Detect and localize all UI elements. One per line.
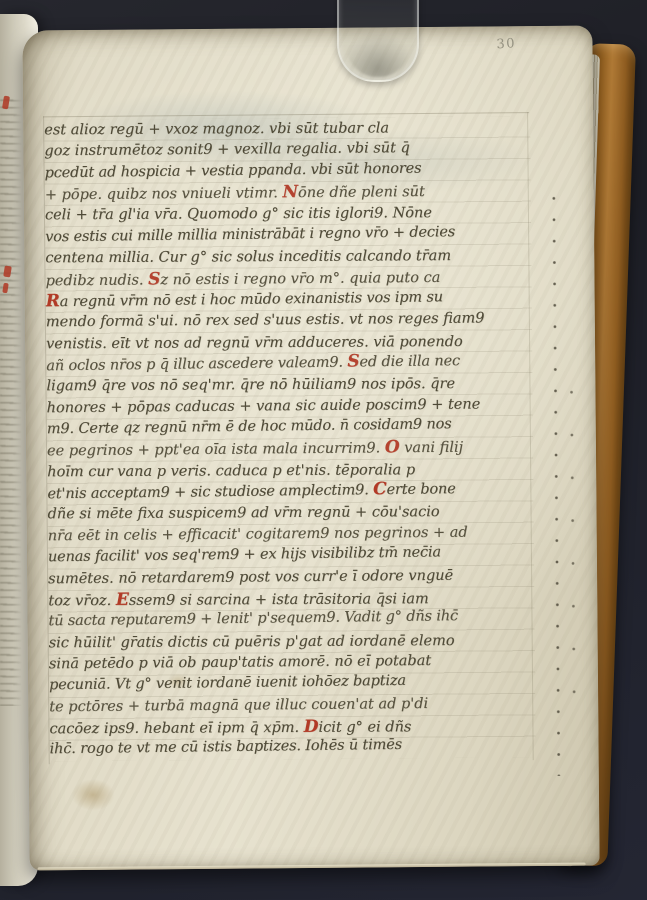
manuscript-line: est alioz regū + vxoz magnoz. vbi sūt tu…	[44, 118, 530, 142]
rubricated-initial: R	[46, 291, 60, 311]
manuscript-line: ihc̄. rogo te vt me cū istis baptizes. I…	[49, 734, 535, 761]
page-bottom-edge	[38, 863, 586, 871]
rubricated-initial: C	[373, 479, 387, 499]
manuscript-line: te pctōres + turbā magnā que illuc couen…	[49, 693, 535, 719]
folio-number: 30	[496, 35, 537, 52]
pricking-dots-column	[570, 390, 577, 730]
rubricated-initial: S	[347, 351, 359, 371]
rubricated-initial: S	[148, 269, 160, 289]
photo-background: 30 est alioz regū + vxoz magnoz. vbi sūt…	[0, 0, 647, 900]
manuscript-line: ee pegrinos + ppt'ea oīa ista mala incur…	[47, 436, 533, 462]
pricking-dots-column	[552, 196, 561, 776]
manuscript-line: sumētes. nō retardarem9 post vos curr'e …	[48, 565, 534, 591]
manuscript-line: + pōpe. quibz nos vniueli vtimr. Nōne dñ…	[45, 180, 531, 206]
manuscript-line: et'nis acceptam9 + sic studiose amplecti…	[47, 477, 533, 504]
facing-page-text-texture	[0, 96, 22, 706]
rubricated-initial: E	[116, 590, 129, 610]
manuscript-line: tū sacta reputarem9 + lenit' p'sequem9. …	[48, 605, 534, 632]
manuscript-page: 30 est alioz regū + vxoz magnoz. vbi sūt…	[22, 26, 599, 871]
text-block: est alioz regū + vxoz magnoz. vbi sūt tu…	[44, 116, 536, 761]
rubricated-initial: D	[304, 717, 319, 737]
rubricated-initial: N	[282, 182, 298, 202]
rubricated-initial: O	[385, 438, 400, 458]
manuscript-line: ligam9 q̄re vos nō seq'mr. q̄re nō hūili…	[46, 374, 532, 398]
manuscript-line: sic hūilit' gr̄atis dictis cū puēris p'g…	[49, 630, 535, 654]
manuscript-line: mendo formā s'ui. nō rex sed s'uus estis…	[46, 308, 532, 334]
page-holder-clamp	[337, 0, 419, 82]
